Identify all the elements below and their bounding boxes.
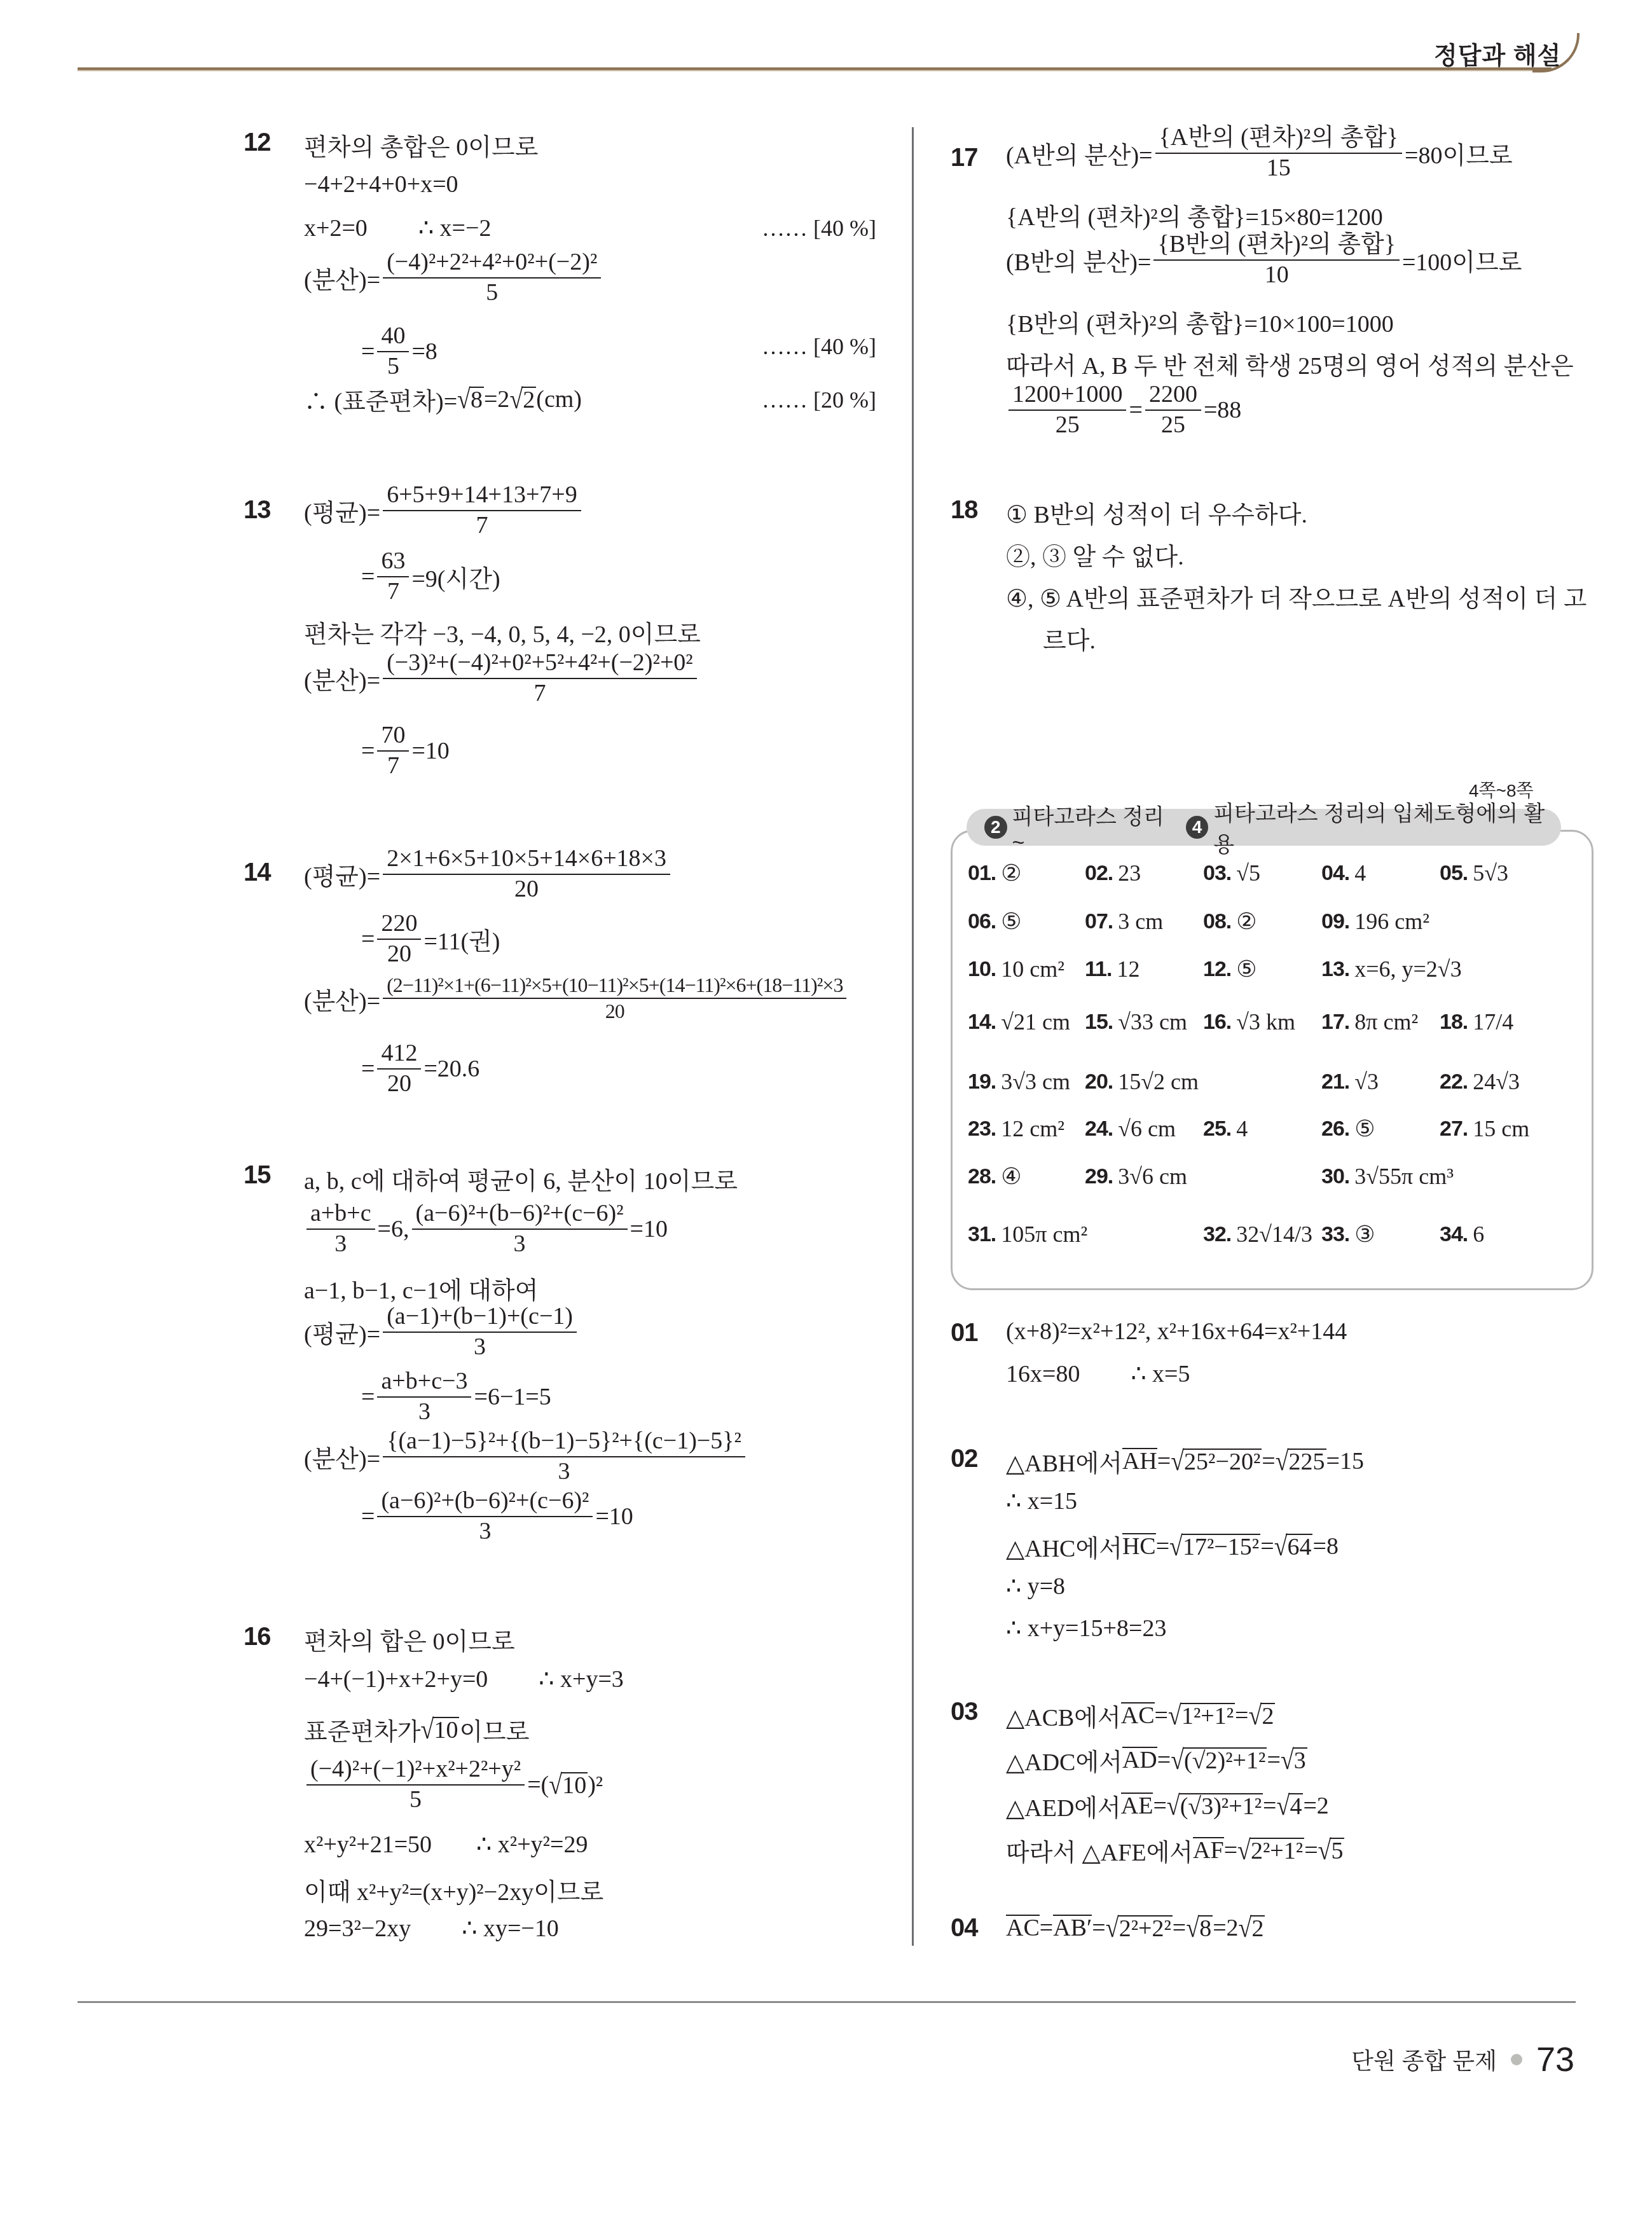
sqrt: √64 (1274, 1532, 1313, 1560)
text-line: a, b, c에 대하여 평균이 6, 분산이 10이므로 (304, 1161, 738, 1196)
fraction: 41220 (377, 1040, 421, 1098)
answer-item: 12.⑤ (1203, 956, 1257, 982)
answer-item: 24.√6 cm (1085, 1115, 1176, 1142)
fraction-line: (분산)= {(a−1)−5}²+{(b−1)−5}²+{(c−1)−5}²3 (304, 1428, 748, 1485)
text-line: ④, ⑤ A반의 표준편차가 더 작으므로 A반의 성적이 더 고 (1006, 579, 1587, 614)
answer-item: 26.⑤ (1321, 1115, 1375, 1142)
answer-item: 28.④ (968, 1163, 1022, 1190)
answer-item: 02.23 (1085, 860, 1141, 886)
problem-number: 15 (244, 1161, 271, 1190)
sqrt: √10 (549, 1771, 588, 1799)
text-line: 편차의 총합은 0이므로 (304, 127, 538, 162)
answer-item: 25.4 (1203, 1115, 1248, 1142)
score-percent: …… [40 %] (762, 333, 876, 360)
fraction-line: (분산)= (2−11)²×1+(6−11)²×5+(10−11)²×5+(14… (304, 974, 849, 1022)
fraction-line: =41220=20.6 (361, 1040, 479, 1098)
answer-item: 18.17/4 (1440, 1008, 1513, 1035)
fraction-line: =707=10 (361, 722, 450, 780)
answer-item: 23.12 cm² (968, 1115, 1064, 1142)
equation-line: x²+y²+21=50∴ x²+y²=29 (304, 1830, 588, 1859)
lhs: (분산)= (304, 260, 380, 295)
page-number: 73 (1536, 2040, 1574, 2079)
answer-item: 27.15 cm (1440, 1115, 1529, 1142)
answer-item: 08.② (1203, 908, 1257, 935)
eq-result: ∴ x=−2 (418, 214, 492, 242)
text-line: a−1, b−1, c−1에 대하여 (304, 1270, 538, 1305)
equation-line: 16x=80∴ x=5 (1006, 1359, 1190, 1388)
problem-number: 13 (244, 496, 271, 525)
sqrt: √8 (1186, 1914, 1213, 1942)
equation-line: −4+2+4+0+x=0 (304, 170, 458, 198)
fraction: 22020 (377, 911, 421, 968)
fraction-line: =637=9(시간) (361, 548, 500, 605)
fraction: a+b+c−33 (377, 1368, 471, 1426)
segment: AB′ (1053, 1915, 1092, 1941)
segment: AD (1122, 1747, 1157, 1773)
answer-item: 05.5√3 (1440, 860, 1508, 886)
fraction-line: 1200+100025 = 220025 =88 (1006, 382, 1241, 439)
answer-item: 32.32√14/3 (1203, 1221, 1312, 1248)
sqrt: √2²+2² (1106, 1914, 1173, 1942)
header-title: 정답과 해설 (1434, 36, 1561, 71)
problem-number: 12 (244, 128, 271, 157)
fraction-line: (분산)= (−4)²+2²+4²+0²+(−2)²5 (304, 249, 603, 306)
answer-item: 17.8π cm² (1321, 1008, 1418, 1035)
equation-line: 29=3²−2xy∴ xy=−10 (304, 1914, 559, 1943)
answer-item: 07.3 cm (1085, 908, 1163, 935)
fraction: (2−11)²×1+(6−11)²×5+(10−11)²×5+(14−11)²×… (383, 974, 846, 1022)
answer-item: 10.10 cm² (968, 956, 1064, 982)
sqrt: √4 (1277, 1792, 1304, 1820)
answer-item: 03.√5 (1203, 860, 1260, 886)
answer-item: 29.3√6 cm (1085, 1163, 1187, 1190)
fraction: (a−1)+(b−1)+(c−1)3 (383, 1304, 577, 1361)
equation-line: AC= AB′= √2²+2²= √8=2 √2 (1006, 1914, 1265, 1942)
segment: AE (1121, 1793, 1153, 1819)
fraction-line: (−4)²+(−1)²+x²+2²+y²5 =(√10)² (304, 1756, 603, 1814)
sqrt: √(√2)²+1² (1171, 1746, 1267, 1774)
segment: AC (1121, 1702, 1155, 1729)
fraction-line: =405=8 (361, 323, 437, 380)
answer-item: 30.3√55π cm³ (1321, 1163, 1454, 1190)
fraction: (a−6)²+(b−6)²+(c−6)²3 (412, 1201, 628, 1258)
fraction: (a−6)²+(b−6)²+(c−6)²3 (377, 1488, 593, 1545)
text-line: 르다. (1043, 621, 1096, 656)
footer: 단원 종합 문제 73 (1351, 2040, 1574, 2079)
sqrt: √25²−20² (1171, 1447, 1262, 1475)
answer-item: 14.√21 cm (968, 1008, 1070, 1035)
fraction: 1200+100025 (1008, 382, 1126, 439)
fraction-line: =a+b+c−33=6−1=5 (361, 1368, 551, 1426)
unit-badge: 2 (984, 816, 1007, 839)
fraction-line: (평균)= 6+5+9+14+13+7+97 (304, 482, 584, 539)
problem-number: 02 (951, 1445, 978, 1473)
equation-line: △ACB에서 AC= √1²+1²= √2 (1006, 1698, 1275, 1733)
equation-line: △ABH에서 AH= √25²−20²= √225=15 (1006, 1443, 1364, 1478)
unit-title: 피타고라스 정리 ~ (1012, 799, 1181, 855)
answer-item: 01.② (968, 860, 1022, 886)
fraction: (−4)²+(−1)²+x²+2²+y²5 (306, 1756, 525, 1814)
column-divider (912, 127, 914, 1946)
fraction-line: (평균)= (a−1)+(b−1)+(c−1)3 (304, 1304, 579, 1361)
equation-line: 따라서 △AFE에서 AF= √2²+1²= √5 (1006, 1833, 1344, 1868)
equation-line: △AHC에서 HC= √17²−15²= √64=8 (1006, 1529, 1339, 1564)
unit-title: 피타고라스 정리의 입체도형에의 활용 (1213, 796, 1561, 858)
problem-number: 14 (244, 858, 271, 887)
text-line: ②, ③ 알 수 없다. (1006, 537, 1184, 572)
sqrt: √2 (1239, 1914, 1265, 1942)
fraction-line: (평균)= 2×1+6×5+10×5+14×6+18×320 (304, 846, 673, 903)
fraction: {A반의 (편차)²의 총합}15 (1155, 125, 1403, 182)
fraction-line: =22020=11(권) (361, 911, 500, 968)
answer-item: 15.√33 cm (1085, 1008, 1187, 1035)
answer-item: 22.24√3 (1440, 1068, 1520, 1095)
segment: AC (1006, 1915, 1040, 1941)
sqrt: √2²+1² (1237, 1836, 1304, 1864)
sqrt: √5 (1318, 1836, 1345, 1864)
equation-line: △AED에서 AE= √(√3)²+1²= √4=2 (1006, 1788, 1329, 1823)
sqrt: √225 (1276, 1447, 1326, 1475)
equation-line: ∴ x=15 (1006, 1487, 1077, 1515)
header-rule (78, 67, 1552, 71)
fraction: 637 (377, 548, 409, 605)
equation-line: {A반의 (편차)²의 총합}=15×80=1200 (1006, 197, 1383, 232)
footer-label: 단원 종합 문제 (1351, 2044, 1497, 2076)
fraction: 6+5+9+14+13+7+97 (383, 482, 581, 539)
fraction-line: =(a−6)²+(b−6)²+(c−6)²3=10 (361, 1488, 633, 1545)
equation-line: {B반의 (편차)²의 총합}=10×100=1000 (1006, 304, 1394, 339)
answer-item: 06.⑤ (968, 908, 1022, 935)
text-line: 편차는 각각 −3, −4, 0, 5, 4, −2, 0이므로 (304, 614, 701, 649)
problem-number: 01 (951, 1319, 978, 1347)
unit-badge: 4 (1186, 816, 1209, 839)
answer-box-header: 2 피타고라스 정리 ~ 4 피타고라스 정리의 입체도형에의 활용 (967, 809, 1561, 846)
text-line: 편차의 합은 0이므로 (304, 1621, 515, 1656)
score-percent: …… [20 %] (762, 387, 876, 413)
answer-item: 04.4 (1321, 860, 1366, 886)
sqrt: √8 (457, 385, 484, 413)
sqrt: √17²−15² (1169, 1532, 1260, 1560)
fraction: {(a−1)−5}²+{(b−1)−5}²+{(c−1)−5}²3 (383, 1428, 745, 1485)
equation-line: (x+8)²=x²+12², x²+16x+64=x²+144 (1006, 1318, 1347, 1346)
answer-item: 11.12 (1085, 956, 1139, 982)
score-percent: …… [40 %] (762, 215, 876, 242)
problem-number: 18 (951, 496, 978, 525)
answer-item: 20.15√2 cm (1085, 1068, 1199, 1095)
equation-line: ∴ x+y=15+8=23 (1006, 1614, 1166, 1642)
text-line: 따라서 A, B 두 반 전체 학생 25명의 영어 성적의 분산은 (1006, 346, 1574, 381)
problem-number: 04 (951, 1914, 978, 1943)
fraction-line: (분산)= (−3)²+(−4)²+0²+5²+4²+(−2)²+0²7 (304, 650, 699, 707)
problem-number: 03 (951, 1698, 978, 1726)
sqrt: √2 (1249, 1702, 1276, 1730)
equation-line: △ADC에서 AD= √(√2)²+1²= √3 (1006, 1742, 1307, 1777)
answer-item: 09.196 cm² (1321, 908, 1429, 935)
bullet-dot-icon (1511, 2054, 1522, 2065)
fraction: 707 (377, 722, 409, 780)
sqrt: √2 (509, 385, 536, 413)
fraction: 405 (377, 323, 409, 380)
segment: AF (1193, 1837, 1224, 1864)
text-line: 표준편차가 √10이므로 (304, 1712, 530, 1747)
fraction: 2×1+6×5+10×5+14×6+18×320 (383, 846, 670, 903)
problem-number: 17 (951, 144, 978, 172)
fraction: (−3)²+(−4)²+0²+5²+4²+(−2)²+0²7 (383, 650, 697, 707)
fraction: (−4)²+2²+4²+0²+(−2)²5 (383, 249, 601, 306)
answer-item: 31.105π cm² (968, 1221, 1087, 1248)
text-line: ① B반의 성적이 더 우수하다. (1006, 495, 1307, 530)
equation-line: x+2=0∴ x=−2 (304, 214, 491, 242)
sqrt: √10 (421, 1716, 460, 1744)
equation-line: ∴ y=8 (1006, 1572, 1065, 1600)
answer-item: 16.√3 km (1203, 1008, 1295, 1035)
answer-item: 33.③ (1321, 1221, 1375, 1248)
fraction: a+b+c3 (306, 1201, 375, 1258)
sqrt: √1²+1² (1168, 1702, 1235, 1730)
fraction: {B반의 (편차)²의 총합}10 (1153, 231, 1399, 289)
fraction-line: (A반의 분산)= {A반의 (편차)²의 총합}15 =80이므로 (1006, 125, 1513, 182)
segment: AH (1122, 1448, 1157, 1475)
eq-part: x+2=0 (304, 214, 368, 242)
problem-number: 16 (244, 1623, 271, 1651)
equation-line: −4+(−1)+x+2+y=0∴ x+y=3 (304, 1665, 624, 1693)
segment: HC (1122, 1533, 1156, 1560)
fraction: 220025 (1145, 382, 1201, 439)
text-line: 이때 x²+y²=(x+y)²−2xy이므로 (304, 1872, 603, 1907)
answer-item: 13.x=6, y=2√3 (1321, 956, 1462, 982)
fraction-line: a+b+c3 =6, (a−6)²+(b−6)²+(c−6)²3 =10 (304, 1201, 668, 1258)
sqrt: √(√3)²+1² (1167, 1792, 1263, 1820)
answer-item: 19.3√3 cm (968, 1068, 1070, 1095)
fraction-line: (B반의 분산)= {B반의 (편차)²의 총합}10 =100이므로 (1006, 231, 1522, 289)
sqrt: √3 (1281, 1746, 1307, 1774)
answer-item: 34.6 (1440, 1221, 1484, 1248)
answer-item: 21.√3 (1321, 1068, 1379, 1095)
footer-rule (78, 2001, 1576, 2003)
equation-line: ∴ (표준편차)= √8 =2 √2 (cm) (304, 382, 582, 416)
